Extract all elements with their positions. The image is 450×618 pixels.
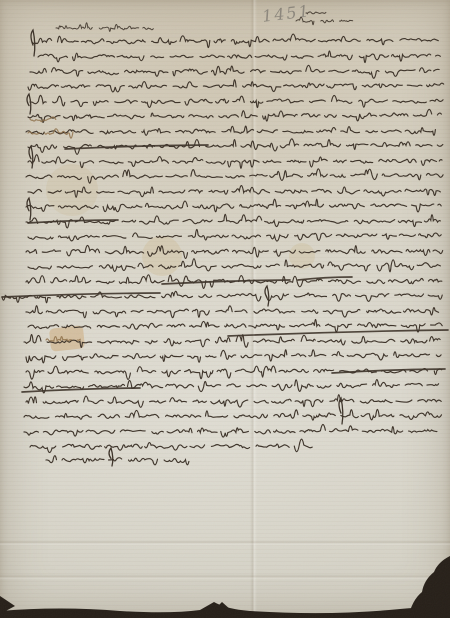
paper-grain-overlay	[0, 0, 450, 618]
manuscript-scan: 1451	[0, 0, 450, 618]
